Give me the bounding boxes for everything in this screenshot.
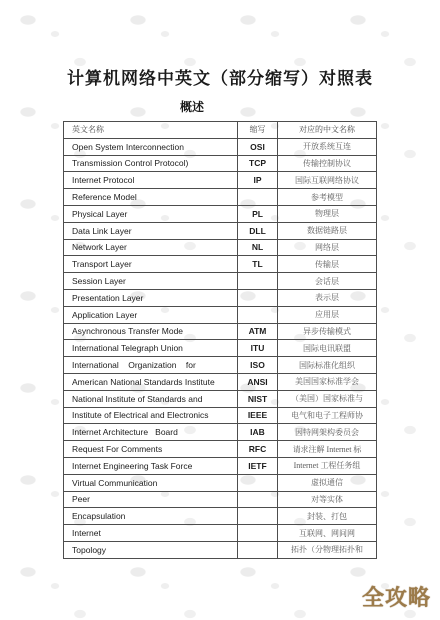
chinese-name-cell: 会话层	[278, 273, 377, 290]
english-name-cell: Session Layer	[64, 273, 238, 290]
chinese-name-cell: 应用层	[278, 306, 377, 323]
english-name-cell: Topology	[64, 541, 238, 558]
chinese-name-cell: 电气和电子工程师协	[278, 407, 377, 424]
english-name-cell: Encapsulation	[64, 508, 238, 525]
chinese-name-cell: 网络层	[278, 239, 377, 256]
chinese-name-cell: 对等实体	[278, 491, 377, 508]
chinese-name-cell: 传输层	[278, 256, 377, 273]
abbreviation-cell	[238, 289, 278, 306]
table-row: Encapsulation 封装、打包	[64, 508, 377, 525]
abbreviation-cell: NIST	[238, 390, 278, 407]
chinese-name-cell: 互联网、网间网	[278, 525, 377, 542]
english-name-cell: Reference Model	[64, 189, 238, 206]
english-name-cell: Internet	[64, 525, 238, 542]
column-header-english-name: 英文名称	[64, 122, 238, 139]
english-name-cell: Peer	[64, 491, 238, 508]
chinese-name-cell: 数据链路层	[278, 222, 377, 239]
english-name-cell: Application Layer	[64, 306, 238, 323]
table-row: Network Layer NL 网络层	[64, 239, 377, 256]
chinese-name-cell: 拓扑（分物理拓扑和	[278, 541, 377, 558]
table-row: Asynchronous Transfer Mode ATM 异步传输模式	[64, 323, 377, 340]
english-name-cell: Data Link Layer	[64, 222, 238, 239]
chinese-name-cell: 参考模型	[278, 189, 377, 206]
abbreviation-cell	[238, 189, 278, 206]
abbreviation-cell: PL	[238, 205, 278, 222]
table-row: International Telegraph Union ITU 国际电讯联盟	[64, 340, 377, 357]
section-heading-overview: 概述	[180, 98, 204, 115]
abbreviation-cell: RFC	[238, 441, 278, 458]
chinese-name-cell: 封装、打包	[278, 508, 377, 525]
table-row: Application Layer 应用层	[64, 306, 377, 323]
english-name-cell: Transmission Control Protocol)	[64, 155, 238, 172]
table-row: Internet Engineering Task Force IETF Int…	[64, 457, 377, 474]
english-name-cell: International Telegraph Union	[64, 340, 238, 357]
english-name-cell: American National Standards Institute	[64, 373, 238, 390]
table-row: Transport Layer TL 传输层	[64, 256, 377, 273]
chinese-name-cell: 国际标准化组织	[278, 357, 377, 374]
abbreviation-cell: IP	[238, 172, 278, 189]
english-name-cell: Internet Architecture Board	[64, 424, 238, 441]
table-row: Institute of Electrical and Electronics …	[64, 407, 377, 424]
table-row: Data Link Layer DLL 数据链路层	[64, 222, 377, 239]
chinese-name-cell: （美国）国家标准与	[278, 390, 377, 407]
site-logo: 全攻略	[362, 581, 431, 612]
abbreviation-cell: ANSI	[238, 373, 278, 390]
english-name-cell: Presentation Layer	[64, 289, 238, 306]
chinese-name-cell: Internet 工程任务组	[278, 457, 377, 474]
chinese-name-cell: 表示层	[278, 289, 377, 306]
english-name-cell: Transport Layer	[64, 256, 238, 273]
abbreviation-cell: NL	[238, 239, 278, 256]
abbreviation-cell: IEEE	[238, 407, 278, 424]
table-row: Transmission Control Protocol) TCP 传输控制协…	[64, 155, 377, 172]
abbreviation-cell	[238, 491, 278, 508]
abbreviation-cell: ATM	[238, 323, 278, 340]
english-name-cell: Network Layer	[64, 239, 238, 256]
english-name-cell: National Institute of Standards and	[64, 390, 238, 407]
table-row: Session Layer 会话层	[64, 273, 377, 290]
column-header-chinese-name: 对应的中文名称	[278, 122, 377, 139]
abbreviation-cell	[238, 541, 278, 558]
page-title: 计算机网络中英文（部分缩写）对照表	[0, 64, 440, 89]
english-name-cell: Asynchronous Transfer Mode	[64, 323, 238, 340]
abbreviation-cell: OSI	[238, 138, 278, 155]
chinese-name-cell: 国际互联网络协议	[278, 172, 377, 189]
table-row: Virtual Communication 虚拟通信	[64, 474, 377, 491]
chinese-name-cell: 传输控制协议	[278, 155, 377, 172]
abbreviation-cell: DLL	[238, 222, 278, 239]
table-row: Physical Layer PL 物理层	[64, 205, 377, 222]
abbreviation-cell	[238, 508, 278, 525]
english-name-cell: Physical Layer	[64, 205, 238, 222]
english-name-cell: International Organization for	[64, 357, 238, 374]
english-name-cell: Internet Engineering Task Force	[64, 457, 238, 474]
glossary-table: 英文名称 缩写 对应的中文名称 Open System Interconnect…	[63, 121, 377, 559]
table-row: American National Standards Institute AN…	[64, 373, 377, 390]
table-row: Topology 拓扑（分物理拓扑和	[64, 541, 377, 558]
abbreviation-cell	[238, 525, 278, 542]
table-row: Internet Architecture Board IAB 因特网架构委员会	[64, 424, 377, 441]
table-row: Reference Model 参考模型	[64, 189, 377, 206]
table-row: International Organization for ISO 国际标准化…	[64, 357, 377, 374]
table-header-row: 英文名称 缩写 对应的中文名称	[64, 122, 377, 139]
english-name-cell: Internet Protocol	[64, 172, 238, 189]
table-row: Open System Interconnection OSI 开放系统互连	[64, 138, 377, 155]
chinese-name-cell: 因特网架构委员会	[278, 424, 377, 441]
abbreviation-cell: ISO	[238, 357, 278, 374]
chinese-name-cell: 美国国家标准学会	[278, 373, 377, 390]
document-page: 计算机网络中英文（部分缩写）对照表 概述 英文名称 缩写 对应的中文名称 Ope…	[0, 0, 440, 620]
column-header-abbreviation: 缩写	[238, 122, 278, 139]
chinese-name-cell: 虚拟通信	[278, 474, 377, 491]
table-row: Peer 对等实体	[64, 491, 377, 508]
abbreviation-cell	[238, 273, 278, 290]
table-row: Internet Protocol IP 国际互联网络协议	[64, 172, 377, 189]
english-name-cell: Request For Comments	[64, 441, 238, 458]
table-row: Internet 互联网、网间网	[64, 525, 377, 542]
chinese-name-cell: 物理层	[278, 205, 377, 222]
abbreviation-cell: ITU	[238, 340, 278, 357]
table-row: National Institute of Standards and NIST…	[64, 390, 377, 407]
chinese-name-cell: 开放系统互连	[278, 138, 377, 155]
english-name-cell: Virtual Communication	[64, 474, 238, 491]
table-body: Open System Interconnection OSI 开放系统互连 T…	[64, 138, 377, 558]
abbreviation-cell: IETF	[238, 457, 278, 474]
english-name-cell: Institute of Electrical and Electronics	[64, 407, 238, 424]
english-name-cell: Open System Interconnection	[64, 138, 238, 155]
abbreviation-cell: TCP	[238, 155, 278, 172]
table-row: Request For Comments RFC 请求注解 Internet 标	[64, 441, 377, 458]
abbreviation-cell	[238, 474, 278, 491]
chinese-name-cell: 异步传输模式	[278, 323, 377, 340]
abbreviation-cell: TL	[238, 256, 278, 273]
table-row: Presentation Layer 表示层	[64, 289, 377, 306]
chinese-name-cell: 请求注解 Internet 标	[278, 441, 377, 458]
chinese-name-cell: 国际电讯联盟	[278, 340, 377, 357]
abbreviation-cell	[238, 306, 278, 323]
abbreviation-cell: IAB	[238, 424, 278, 441]
